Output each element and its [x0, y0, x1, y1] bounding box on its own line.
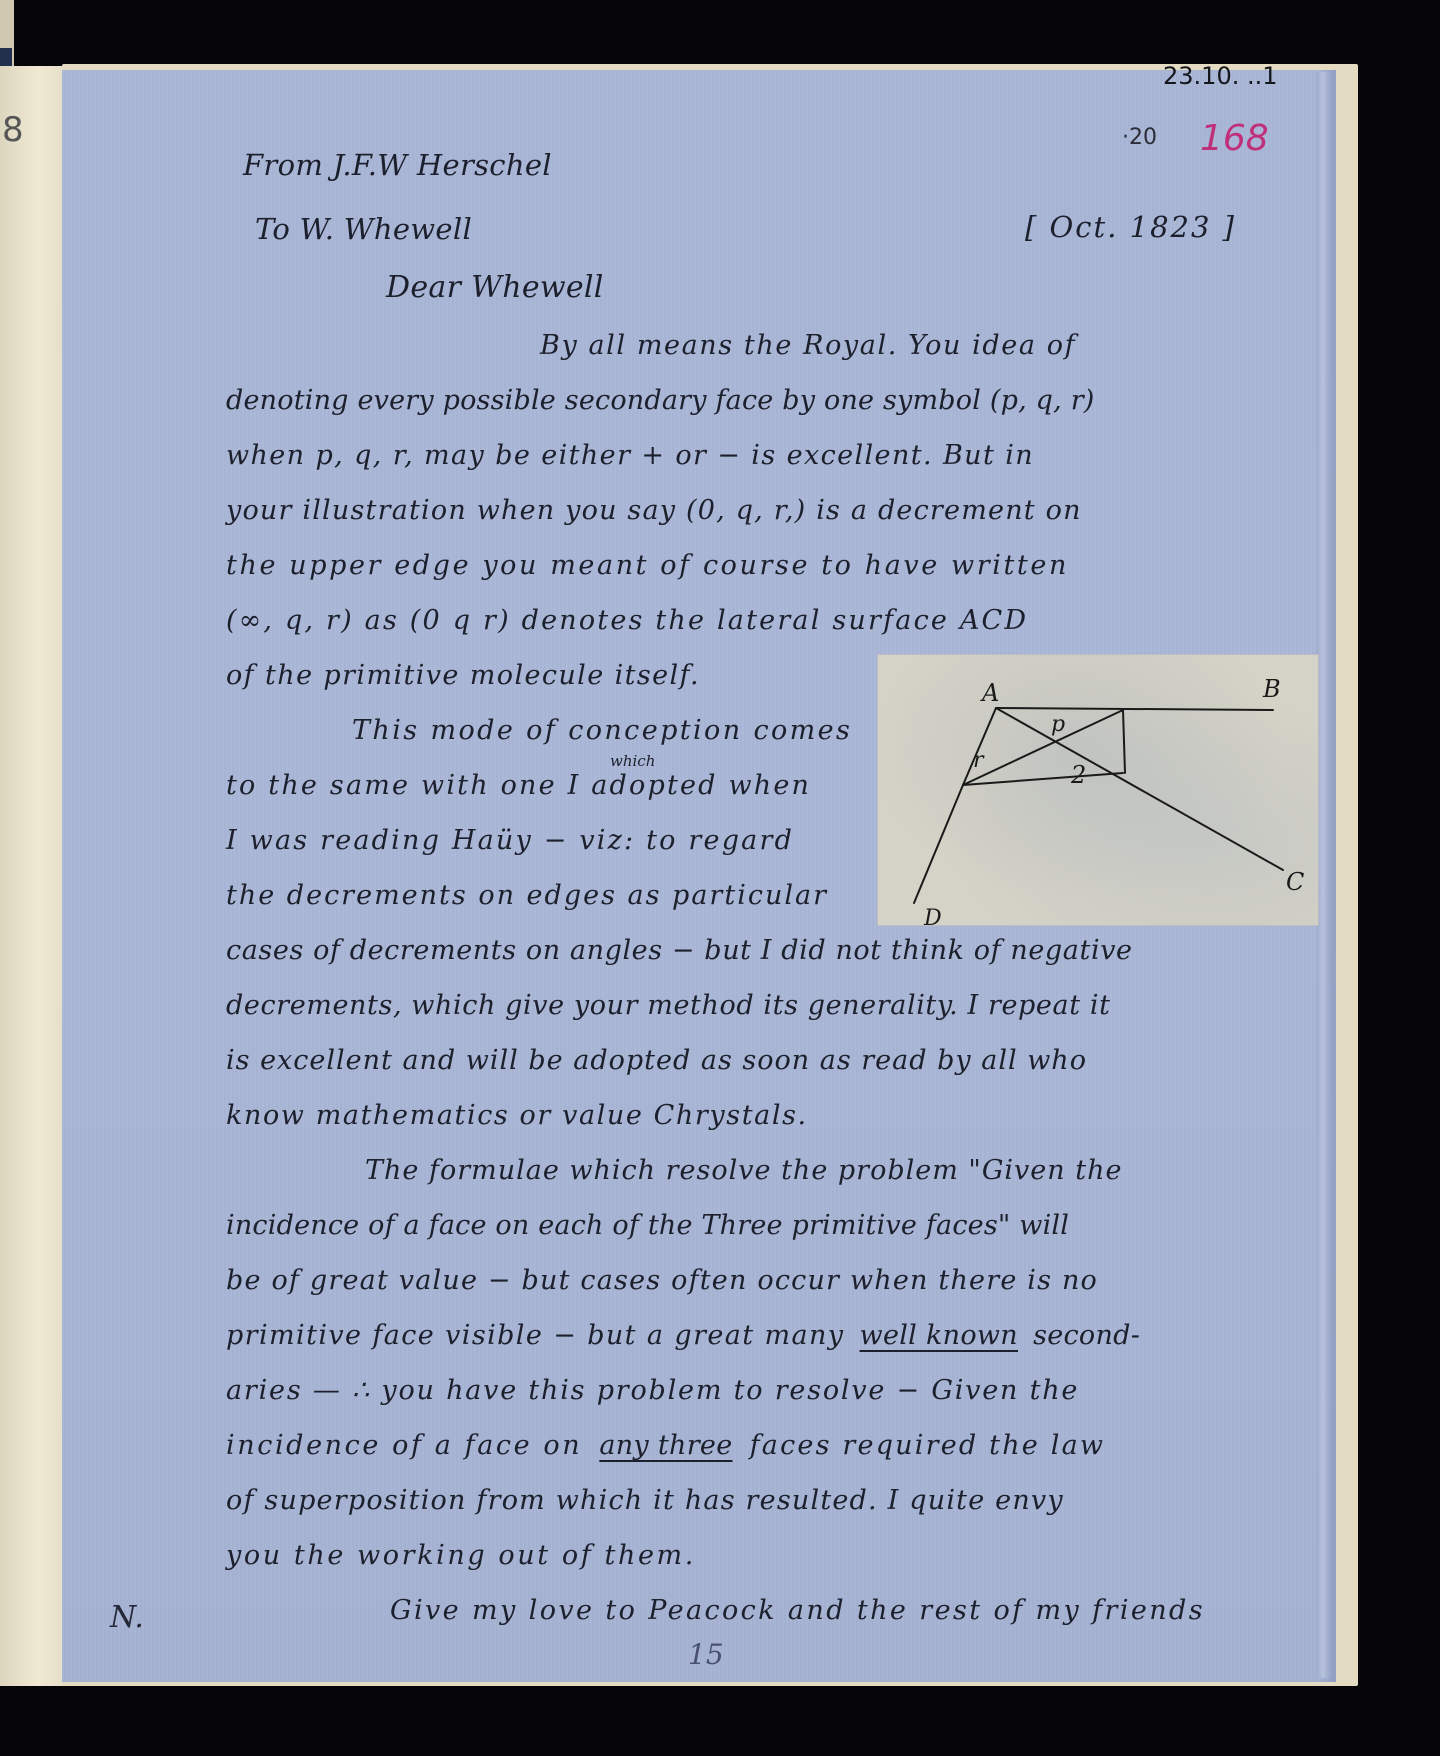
body-line-19: primitive face visible − but a great man…	[226, 1320, 1140, 1351]
body-line-17: incidence of a face on each of the Three…	[226, 1210, 1069, 1241]
archive-reference: 23.10. ..1	[1163, 62, 1278, 90]
body-line-12: cases of decrements on angles − but I di…	[226, 935, 1133, 966]
body-line-16: The formulae which resolve the problem "…	[365, 1155, 1122, 1186]
body-line-21: incidence of a face on any three faces r…	[226, 1430, 1105, 1461]
underlined-any-three: any three	[599, 1430, 732, 1461]
label-B: B	[1262, 675, 1281, 703]
underlined-well-known: well known	[860, 1320, 1018, 1351]
body-line-14: is excellent and will be adopted as soon…	[226, 1045, 1087, 1076]
salutation: Dear Whewell	[386, 270, 604, 305]
body-line-3: when p, q, r, may be either + or − is ex…	[226, 440, 1034, 471]
left-page-number: 8	[2, 110, 24, 150]
label-A: A	[980, 679, 999, 707]
body-line-4: your illustration when you say (0, q, r,…	[226, 495, 1082, 526]
body-line-13: decrements, which give your method its g…	[226, 990, 1111, 1021]
page-number: 15	[688, 1638, 724, 1671]
binding-cloth	[0, 48, 12, 68]
crystal-diagram: A B C D p r 2	[878, 655, 1318, 925]
date-line: [ Oct. 1823 ]	[1025, 210, 1236, 244]
label-r: r	[973, 748, 985, 773]
body-line-8: This mode of conception comes	[352, 715, 852, 746]
sheet-stack-edge	[1316, 72, 1330, 1678]
body-line-19-end: second-	[1033, 1320, 1140, 1351]
body-line-21-start: incidence of a face on	[226, 1430, 582, 1461]
to-line: To W. Whewell	[255, 212, 472, 246]
body-line-21-end: faces required the law	[750, 1430, 1106, 1461]
body-line-18: be of great value − but cases often occu…	[226, 1265, 1098, 1296]
body-line-19-start: primitive face visible − but a great man…	[226, 1320, 844, 1351]
body-line-20: aries — ∴ you have this problem to resol…	[226, 1375, 1079, 1406]
body-line-11: the decrements on edges as particular	[226, 880, 828, 911]
body-line-6: (∞, q, r) as (0 q r) denotes the lateral…	[226, 605, 1028, 636]
pasted-diagram-slip: A B C D p r 2	[878, 655, 1318, 925]
label-C: C	[1286, 868, 1304, 896]
label-p: p	[1051, 712, 1065, 737]
folio-number: 168	[1200, 118, 1269, 159]
label-D: D	[923, 906, 942, 925]
margin-mark: N.	[110, 1600, 144, 1635]
inserted-word: which	[610, 752, 655, 770]
from-line: From J.F.W Herschel	[243, 148, 552, 182]
body-line-22: of superposition from which it has resul…	[226, 1485, 1064, 1516]
body-line-10: I was reading Haüy − viz: to regard	[226, 825, 794, 856]
body-line-7: of the primitive molecule itself.	[226, 660, 700, 691]
left-facing-page: 8	[0, 66, 64, 1686]
body-line-1: By all means the Royal. You idea of	[540, 330, 1076, 361]
pencil-number: ·20	[1122, 125, 1157, 150]
body-line-5: the upper edge you meant of course to ha…	[226, 550, 1069, 581]
body-line-24: Give my love to Peacock and the rest of …	[390, 1595, 1205, 1626]
label-q: 2	[1070, 761, 1086, 789]
body-line-23: you the working out of them.	[226, 1540, 696, 1571]
body-line-15: know mathematics or value Chrystals.	[226, 1100, 808, 1131]
body-line-2: denoting every possible secondary face b…	[226, 385, 1095, 416]
body-line-9: to the same with one I adopted when	[226, 770, 811, 801]
